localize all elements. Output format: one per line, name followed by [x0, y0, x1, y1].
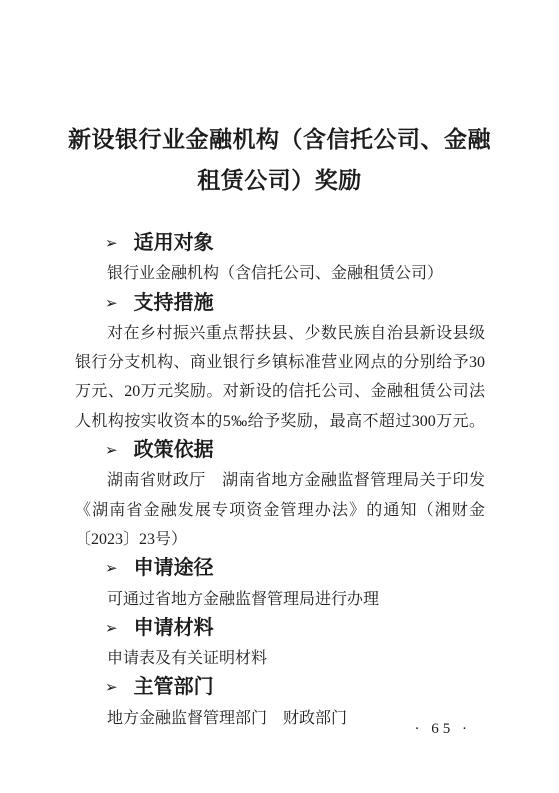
body-line: 银行业金融机构（含信托公司、金融租赁公司） [75, 259, 485, 288]
section-heading: 申请途径 [134, 557, 214, 579]
section-heading-row-application-channel: ➢申请途径 [75, 554, 485, 584]
title-line-1: 新设银行业金融机构（含信托公司、金融 [0, 119, 559, 160]
section-heading: 适用对象 [134, 232, 214, 254]
body-line: 申请表及有关证明材料 [75, 644, 485, 673]
section-heading-row-application-materials: ➢申请材料 [75, 614, 485, 644]
title-line-2: 租赁公司）奖励 [0, 160, 559, 201]
body-line: 〔2023〕23号） [75, 525, 485, 554]
body-line: 《湖南省金融发展专项资金管理办法》的通知（湘财金 [75, 496, 485, 525]
section-heading-row-support-measures: ➢支持措施 [75, 289, 485, 319]
page-number: · 65 · [415, 721, 472, 738]
body-line: 银行分支机构、商业银行乡镇标准营业网点的分别给予30 [75, 348, 485, 377]
section-heading: 政策依据 [134, 439, 214, 461]
section-heading-row-competent-departments: ➢主管部门 [75, 673, 485, 703]
arrow-bullet-icon: ➢ [105, 436, 118, 465]
body-line: 可通过省地方金融监督管理局进行办理 [75, 585, 485, 614]
section-heading: 申请材料 [134, 617, 214, 639]
section-heading-row-policy-basis: ➢政策依据 [75, 436, 485, 466]
body-line: 对在乡村振兴重点帮扶县、少数民族自治县新设县级 [75, 319, 485, 348]
body-line: 人机构按实收资本的5‰给予奖励，最高不超过300万元。 [75, 407, 485, 436]
page-title: 新设银行业金融机构（含信托公司、金融 租赁公司）奖励 [0, 0, 559, 201]
section-heading: 主管部门 [134, 676, 214, 698]
body-line: 万元、20万元奖励。对新设的信托公司、金融租赁公司法 [75, 377, 485, 406]
body-line: 湖南省财政厅 湖南省地方金融监督管理局关于印发 [75, 466, 485, 495]
arrow-bullet-icon: ➢ [105, 673, 118, 702]
section-heading: 支持措施 [134, 292, 214, 314]
section-heading-row-applicable-target: ➢适用对象 [75, 229, 485, 259]
arrow-bullet-icon: ➢ [105, 229, 118, 258]
arrow-bullet-icon: ➢ [105, 554, 118, 583]
arrow-bullet-icon: ➢ [105, 289, 118, 318]
arrow-bullet-icon: ➢ [105, 614, 118, 643]
document-page: 新设银行业金融机构（含信托公司、金融 租赁公司）奖励 ➢适用对象 银行业金融机构… [0, 0, 559, 793]
document-body: ➢适用对象 银行业金融机构（含信托公司、金融租赁公司） ➢支持措施 对在乡村振兴… [75, 229, 485, 733]
